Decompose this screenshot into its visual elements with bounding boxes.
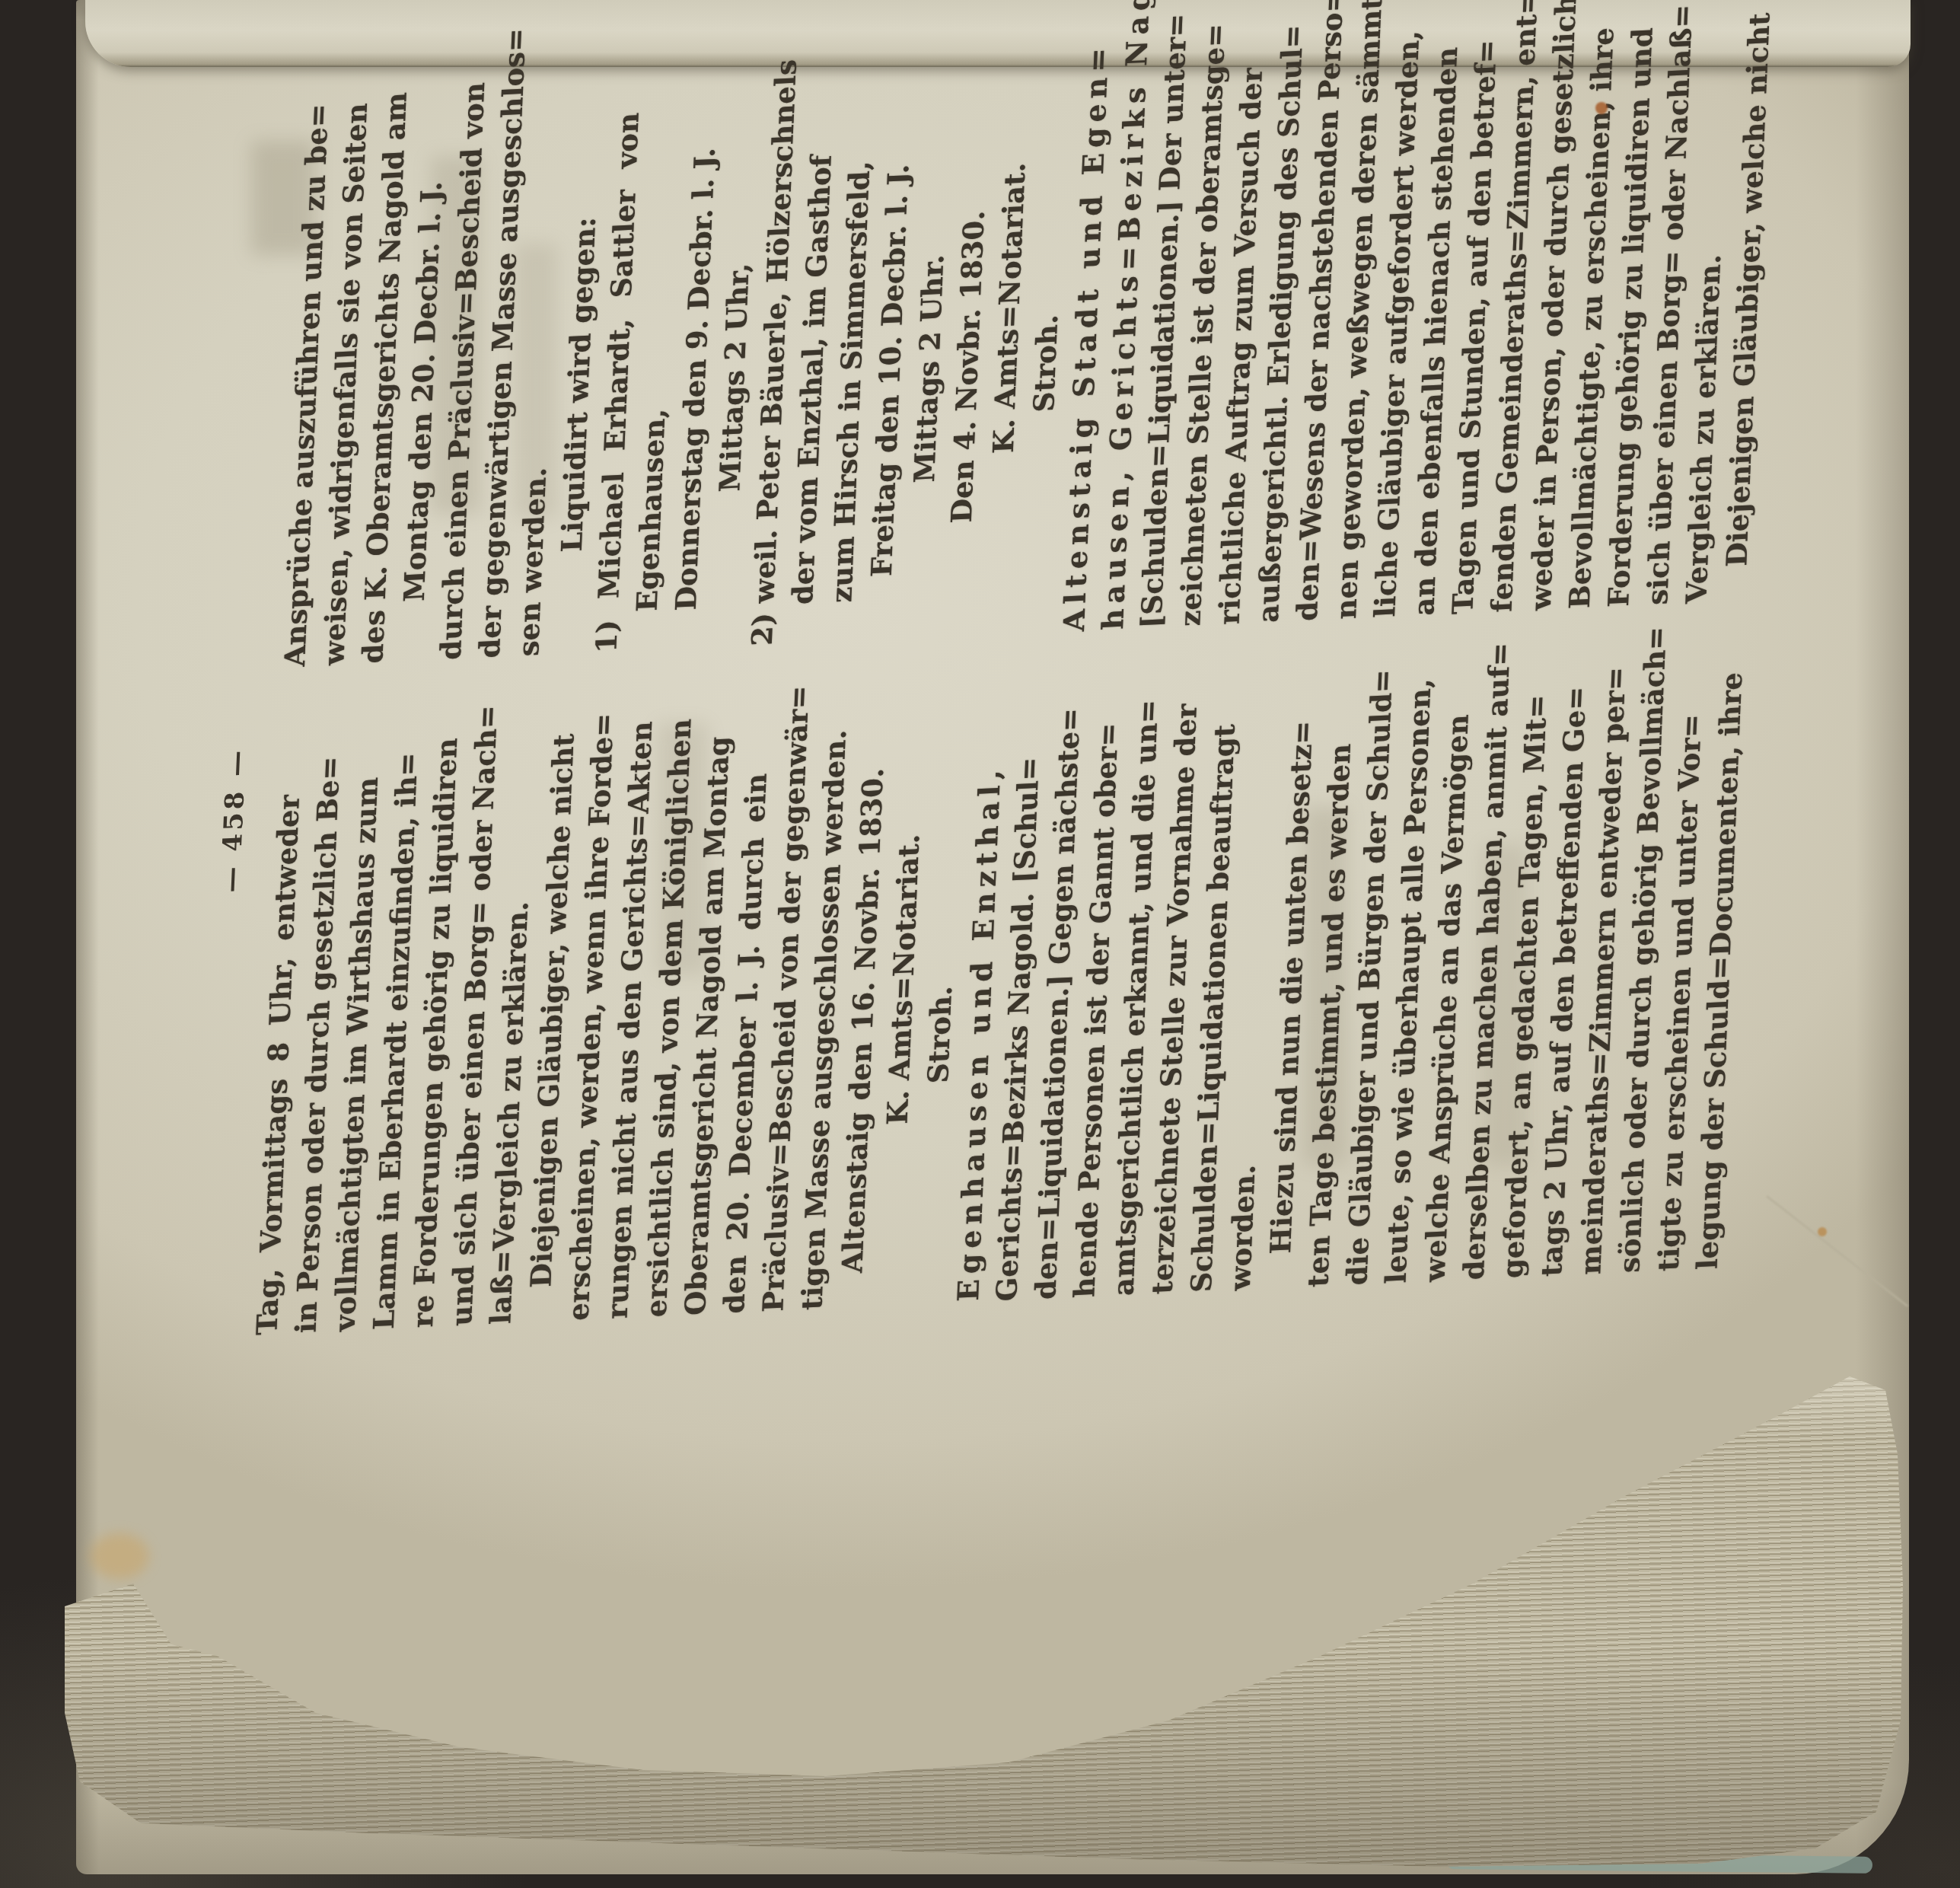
text-column-right: Ansprüche auszuführen und zu be=weisen, … (276, 61, 1777, 668)
scanned-book-photo: — 458 — Tag, Vormittags 8 Uhr, entwederi… (0, 0, 1960, 1888)
text-column-left: Tag, Vormittags 8 Uhr, entwederin Person… (247, 729, 1749, 1336)
paper-stain (90, 1533, 149, 1579)
text-columns: Tag, Vormittags 8 Uhr, entwederin Person… (247, 59, 1777, 1336)
rust-speck (1595, 102, 1608, 114)
page-content-rotated: — 458 — Tag, Vormittags 8 Uhr, entwederi… (190, 56, 1851, 1338)
rust-speck (1818, 1227, 1827, 1236)
page-number: — 458 — (209, 746, 272, 894)
